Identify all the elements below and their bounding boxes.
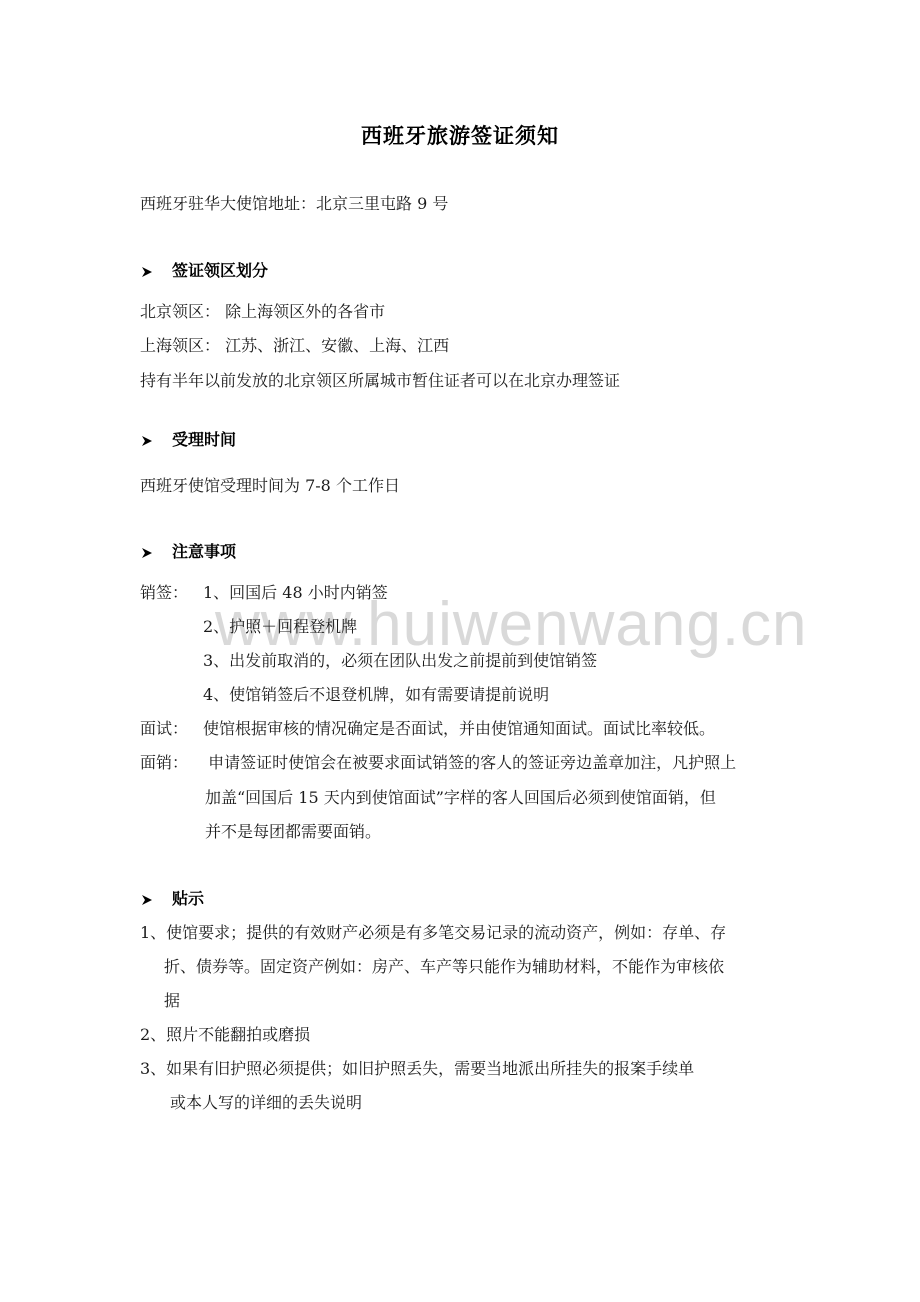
cancellation-item: 2、护照＋回程登机牌 <box>203 617 357 637</box>
arrow-bullet-icon <box>141 547 153 559</box>
interview-label: 面试： <box>140 719 188 739</box>
tip-item-continuation: 折、债券等。固定资产例如：房产、车产等只能作为辅助材料，不能作为审核依 <box>164 957 724 977</box>
tip-item: 2、照片不能翻拍或磨损 <box>140 1025 310 1045</box>
cancellation-label: 销签： <box>140 583 188 603</box>
document-page: www.huiwenwang.cn 西班牙旅游签证须知 西班牙驻华大使馆地址：北… <box>0 0 920 1302</box>
interview-cancel-text: 申请签证时使馆会在被要求面试销签的客人的签证旁边盖章加注，凡护照上 <box>203 753 736 773</box>
tip-item-continuation: 据 <box>164 991 180 1011</box>
document-title: 西班牙旅游签证须知 <box>0 120 920 150</box>
arrow-bullet-icon <box>141 435 153 447</box>
section-heading-tips: 贴示 <box>172 889 204 909</box>
cancellation-item: 4、使馆销签后不退登机牌，如有需要请提前说明 <box>203 685 549 705</box>
shanghai-district: 上海领区： 江苏、浙江、安徽、上海、江西 <box>140 336 449 356</box>
interview-cancel-text: 加盖“回国后 15 天内到使馆面试”字样的客人回国后必须到使馆面销，但 <box>205 788 716 808</box>
tip-item: 3、如果有旧护照必须提供；如旧护照丢失，需要当地派出所挂失的报案手续单 <box>140 1059 694 1079</box>
section-heading-notes: 注意事项 <box>172 542 236 562</box>
processing-time-text: 西班牙使馆受理时间为 7-8 个工作日 <box>140 476 400 496</box>
arrow-bullet-icon <box>141 266 153 278</box>
section-heading-processing-time: 受理时间 <box>172 430 236 450</box>
beijing-district: 北京领区： 除上海领区外的各省市 <box>140 302 385 322</box>
interview-cancel-text: 并不是每团都需要面销。 <box>205 822 381 842</box>
embassy-address: 西班牙驻华大使馆地址：北京三里屯路 9 号 <box>140 194 448 214</box>
residence-permit-note: 持有半年以前发放的北京领区所属城市暂住证者可以在北京办理签证 <box>140 371 620 391</box>
cancellation-item: 1、回国后 48 小时内销签 <box>203 583 388 603</box>
cancellation-item: 3、出发前取消的，必须在团队出发之前提前到使馆销签 <box>203 651 597 671</box>
tip-item: 1、使馆要求；提供的有效财产必须是有多笔交易记录的流动资产，例如：存单、存 <box>140 923 726 943</box>
tip-item-continuation: 或本人写的详细的丢失说明 <box>170 1093 362 1113</box>
interview-cancel-label: 面销： <box>140 753 188 773</box>
section-heading-consular-districts: 签证领区划分 <box>172 261 268 281</box>
arrow-bullet-icon <box>141 894 153 906</box>
interview-text: 使馆根据审核的情况确定是否面试，并由使馆通知面试。面试比率较低。 <box>203 719 715 739</box>
